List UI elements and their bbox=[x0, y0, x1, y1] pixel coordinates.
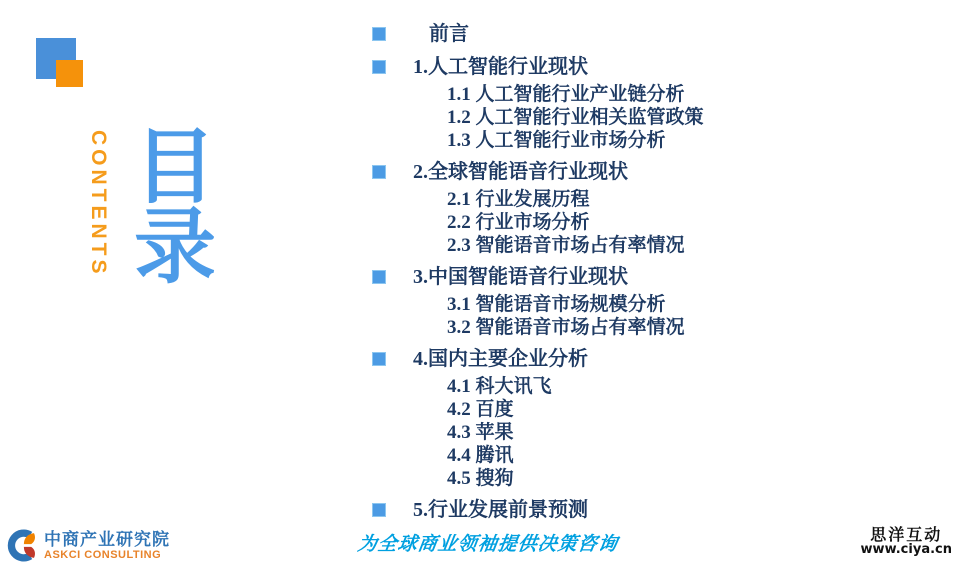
watermark-name: 思洋互动 bbox=[861, 526, 952, 543]
toc-sub-item: 4.3 苹果 bbox=[372, 421, 962, 444]
toc-item-label: 5.行业发展前景预测 bbox=[413, 498, 588, 523]
bullet-square-icon bbox=[372, 352, 386, 366]
toc-item-label: 前言 bbox=[413, 22, 469, 47]
toc-item-label: 1.3 人工智能行业市场分析 bbox=[447, 129, 666, 152]
company-name-cn: 中商产业研究院 bbox=[44, 531, 170, 549]
toc-section-item: 4.国内主要企业分析 bbox=[372, 347, 962, 372]
toc-item-label: 4.1 科大讯飞 bbox=[447, 375, 552, 398]
toc-section-item: 1.人工智能行业现状 bbox=[372, 55, 962, 80]
toc-item-label: 3.1 智能语音市场规模分析 bbox=[447, 293, 666, 316]
toc-sub-item: 2.3 智能语音市场占有率情况 bbox=[372, 234, 962, 257]
toc-sub-item: 3.1 智能语音市场规模分析 bbox=[372, 293, 962, 316]
toc-item-label: 1.1 人工智能行业产业链分析 bbox=[447, 83, 685, 106]
toc-sub-item: 2.1 行业发展历程 bbox=[372, 188, 962, 211]
footer-slogan: 为全球商业领袖提供决策咨询 bbox=[356, 529, 620, 556]
slide: CONTENTS 目录 前言1.人工智能行业现状1.1 人工智能行业产业链分析1… bbox=[0, 0, 976, 563]
toc-section-item: 5.行业发展前景预测 bbox=[372, 498, 962, 523]
watermark-url: www.ciya.cn bbox=[861, 543, 952, 556]
toc-section-item: 2.全球智能语音行业现状 bbox=[372, 160, 962, 185]
watermark: 思洋互动 www.ciya.cn bbox=[861, 526, 952, 556]
toc-sub-item: 1.3 人工智能行业市场分析 bbox=[372, 129, 962, 152]
toc-sub-item: 4.1 科大讯飞 bbox=[372, 375, 962, 398]
toc-item-label: 4.国内主要企业分析 bbox=[413, 347, 588, 372]
orange-square-decor bbox=[56, 60, 83, 87]
toc-sub-item: 4.2 百度 bbox=[372, 398, 962, 421]
toc-item-label: 4.3 苹果 bbox=[447, 421, 514, 444]
toc-item-label: 1.2 人工智能行业相关监管政策 bbox=[447, 106, 704, 129]
toc-section-item: 3.中国智能语音行业现状 bbox=[372, 265, 962, 290]
company-logo: 中商产业研究院 ASKCI CONSULTING bbox=[6, 529, 170, 562]
toc-item-label: 3.2 智能语音市场占有率情况 bbox=[447, 316, 685, 339]
toc-item-label: 1.人工智能行业现状 bbox=[413, 55, 588, 80]
toc-item-label: 2.2 行业市场分析 bbox=[447, 211, 590, 234]
toc-list: 前言1.人工智能行业现状1.1 人工智能行业产业链分析1.2 人工智能行业相关监… bbox=[372, 22, 962, 526]
page-title: 目录 bbox=[132, 128, 218, 289]
toc-item-label: 4.2 百度 bbox=[447, 398, 514, 421]
bullet-square-icon bbox=[372, 60, 386, 74]
toc-item-label: 2.全球智能语音行业现状 bbox=[413, 160, 628, 185]
company-logo-icon bbox=[6, 529, 39, 562]
toc-sub-item: 1.1 人工智能行业产业链分析 bbox=[372, 83, 962, 106]
contents-vertical-label: CONTENTS bbox=[86, 130, 110, 278]
toc-section-item: 前言 bbox=[372, 22, 962, 47]
toc-item-label: 4.4 腾讯 bbox=[447, 444, 514, 467]
toc-item-label: 2.1 行业发展历程 bbox=[447, 188, 590, 211]
bullet-square-icon bbox=[372, 270, 386, 284]
bullet-square-icon bbox=[372, 503, 386, 517]
toc-item-label: 2.3 智能语音市场占有率情况 bbox=[447, 234, 685, 257]
toc-item-label: 3.中国智能语音行业现状 bbox=[413, 265, 628, 290]
company-name-en: ASKCI CONSULTING bbox=[44, 549, 170, 561]
toc-sub-item: 1.2 人工智能行业相关监管政策 bbox=[372, 106, 962, 129]
bullet-square-icon bbox=[372, 165, 386, 179]
toc-sub-item: 3.2 智能语音市场占有率情况 bbox=[372, 316, 962, 339]
toc-sub-item: 4.4 腾讯 bbox=[372, 444, 962, 467]
toc-item-label: 4.5 搜狗 bbox=[447, 467, 514, 490]
bullet-square-icon bbox=[372, 27, 386, 41]
company-logo-text: 中商产业研究院 ASKCI CONSULTING bbox=[44, 531, 170, 561]
toc-sub-item: 4.5 搜狗 bbox=[372, 467, 962, 490]
toc-sub-item: 2.2 行业市场分析 bbox=[372, 211, 962, 234]
